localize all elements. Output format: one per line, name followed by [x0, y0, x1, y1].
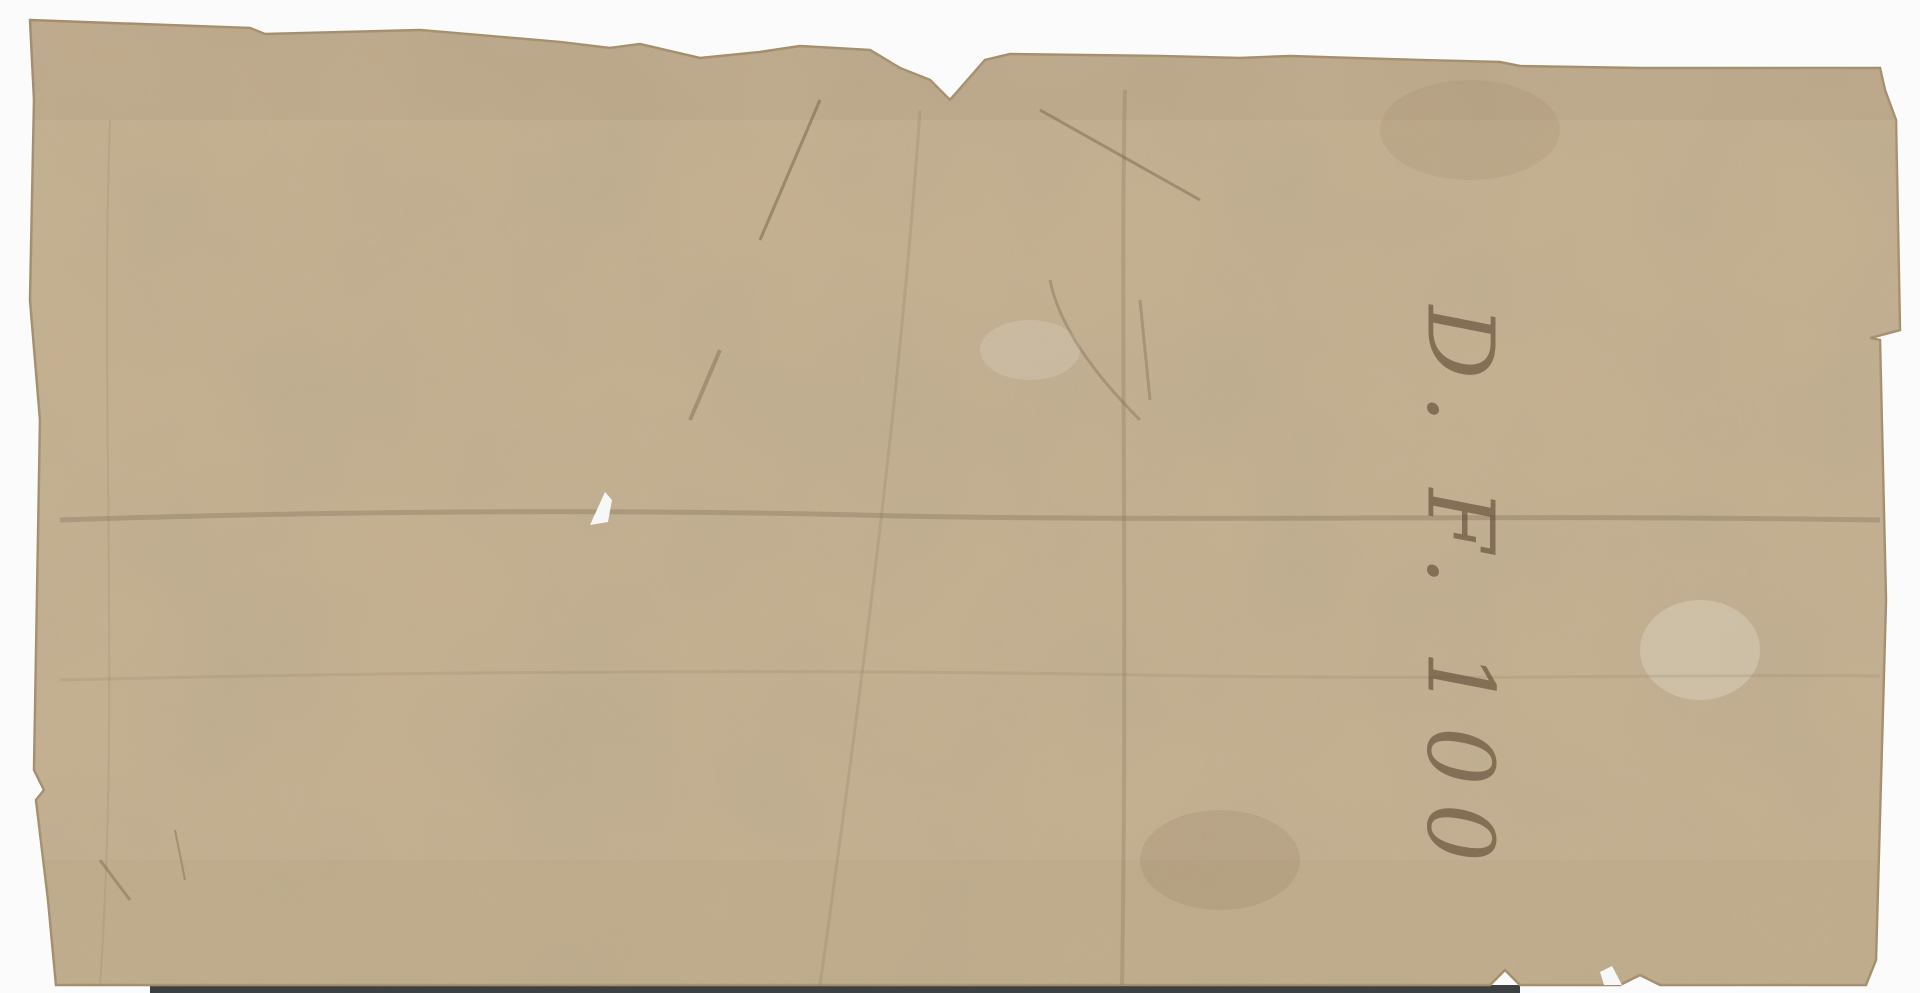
fold-line-vertical [1122, 90, 1125, 985]
paper-sheet [0, 0, 1920, 993]
stain [1140, 810, 1300, 910]
handwritten-inscription: D. F. 100 [1407, 306, 1514, 826]
